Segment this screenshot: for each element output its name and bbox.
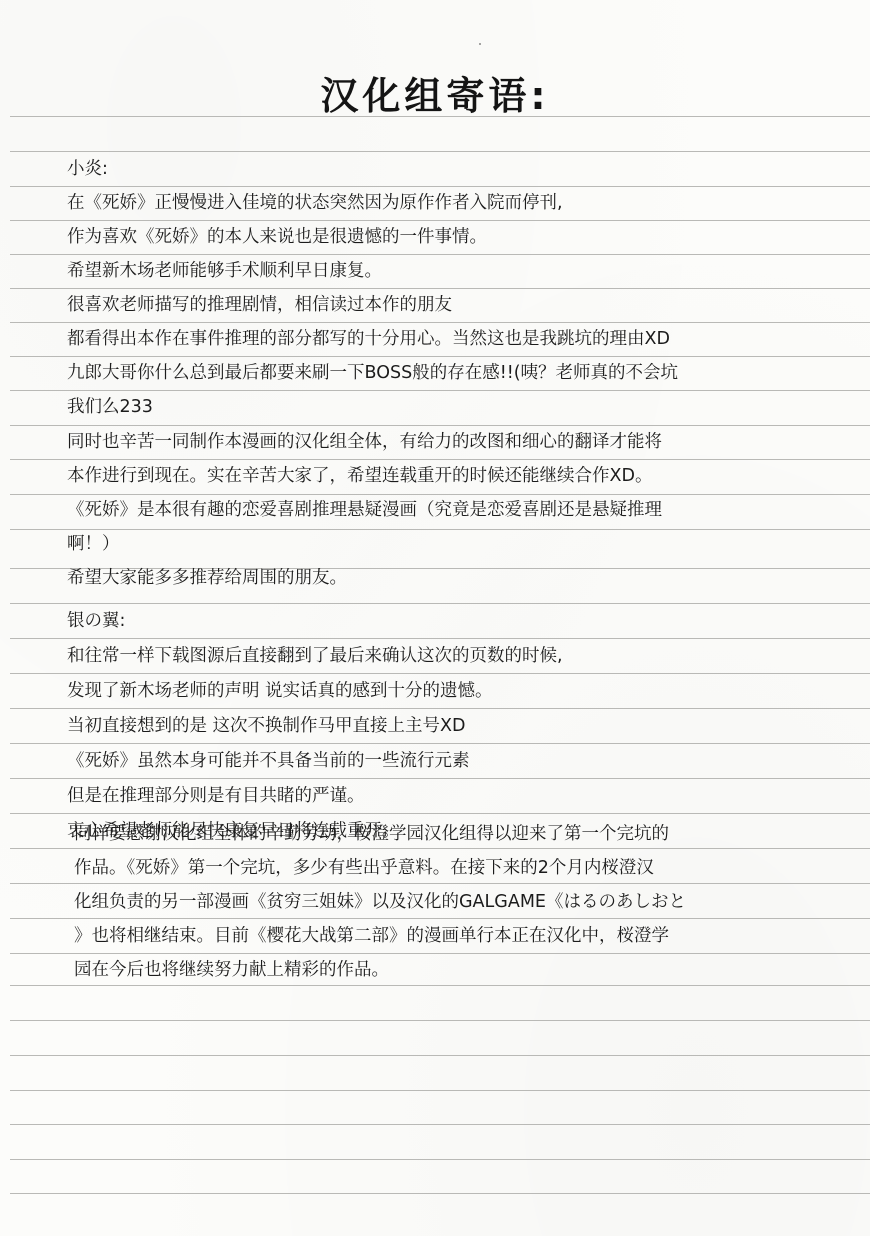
rule-line xyxy=(10,186,870,187)
text-line: 作为喜欢《死娇》的本人来说也是很遗憾的一件事情。 xyxy=(67,226,487,248)
rule-line xyxy=(10,953,870,954)
text-line: 希望大家能多多推荐给周围的朋友。 xyxy=(67,567,347,589)
text-line: 但是在推理部分则是有目共睹的严谨。 xyxy=(67,785,365,807)
rule-line xyxy=(10,1055,870,1056)
rule-line xyxy=(10,985,870,986)
rule-line xyxy=(10,151,870,152)
rule-line xyxy=(10,1090,870,1091)
rule-line xyxy=(10,390,870,391)
rule-line xyxy=(10,425,870,426)
rule-line xyxy=(10,813,870,814)
text-line: 都看得出本作在事件推理的部分都写的十分用心。当然这也是我跳坑的理由XD xyxy=(67,328,670,350)
rule-line xyxy=(10,529,870,530)
text-line: 当初直接想到的是 这次不换制作马甲直接上主号XD xyxy=(67,715,466,737)
rule-line xyxy=(10,322,870,323)
text-line: 希望新木场老师能够手术顺利早日康复。 xyxy=(67,260,382,282)
rule-line xyxy=(10,1124,870,1125)
rule-line xyxy=(10,459,870,460)
rule-line xyxy=(10,1193,870,1194)
text-line: 作品。《死娇》第一个完坑，多少有些出乎意料。在接下来的2个月内桜澄汉 xyxy=(74,857,654,879)
text-line: 很喜欢老师描写的推理剧情，相信读过本作的朋友 xyxy=(67,294,452,316)
text-line: 园在今后也将继续努力献上精彩的作品。 xyxy=(74,959,389,981)
rule-line xyxy=(10,288,870,289)
rule-line xyxy=(10,356,870,357)
rule-line xyxy=(10,1159,870,1160)
rule-line xyxy=(10,1020,870,1021)
rule-line xyxy=(10,638,870,639)
text-line: 化组负责的另一部漫画《贫穷三姐妹》以及汉化的GALGAME《はるのあしおと xyxy=(74,891,686,913)
rule-line xyxy=(10,883,870,884)
author-name: 银の翼: xyxy=(67,610,125,632)
rule-line xyxy=(10,708,870,709)
paper-speck xyxy=(479,43,481,45)
text-line: 和往常一样下载图源后直接翻到了最后来确认这次的页数的时候, xyxy=(67,645,563,667)
author-name: 小炎: xyxy=(67,158,108,180)
text-line: 同样要感谢汉化组全体的辛勤劳动，桜澄学园汉化组得以迎来了第一个完坑的 xyxy=(74,823,669,845)
text-line: 发现了新木场老师的声明 说实话真的感到十分的遗憾。 xyxy=(67,680,493,702)
rule-line xyxy=(10,778,870,779)
text-line: 》也将相继结束。目前《樱花大战第二部》的漫画单行本正在汉化中，桜澄学 xyxy=(74,925,669,947)
rule-line xyxy=(10,918,870,919)
rule-line xyxy=(10,254,870,255)
text-line: 本作进行到现在。实在辛苦大家了，希望连载重开的时候还能继续合作XD。 xyxy=(67,465,652,487)
notebook-page: 汉化组寄语: 小炎: 在《死娇》正慢慢进入佳境的状态突然因为原作作者入院而停刊,… xyxy=(0,0,870,1236)
text-line: 《死娇》虽然本身可能并不具备当前的一些流行元素 xyxy=(67,750,470,772)
rule-line xyxy=(10,743,870,744)
text-line: 在《死娇》正慢慢进入佳境的状态突然因为原作作者入院而停刊, xyxy=(67,192,563,214)
text-line: 同时也辛苦一同制作本漫画的汉化组全体，有给力的改图和细心的翻译才能将 xyxy=(67,431,662,453)
rule-line xyxy=(10,848,870,849)
text-line: 啊！） xyxy=(67,533,120,555)
text-line: 我们么233 xyxy=(67,396,153,418)
rule-line xyxy=(10,603,870,604)
text-line: 《死娇》是本很有趣的恋爱喜剧推理悬疑漫画（究竟是恋爱喜剧还是悬疑推理 xyxy=(67,499,662,521)
text-line: 九郎大哥你什么总到最后都要来刷一下BOSS般的存在感!!(咦？老师真的不会坑 xyxy=(67,362,678,384)
rule-line xyxy=(10,220,870,221)
page-title: 汉化组寄语: xyxy=(0,74,870,118)
rule-line xyxy=(10,673,870,674)
rule-line xyxy=(10,494,870,495)
